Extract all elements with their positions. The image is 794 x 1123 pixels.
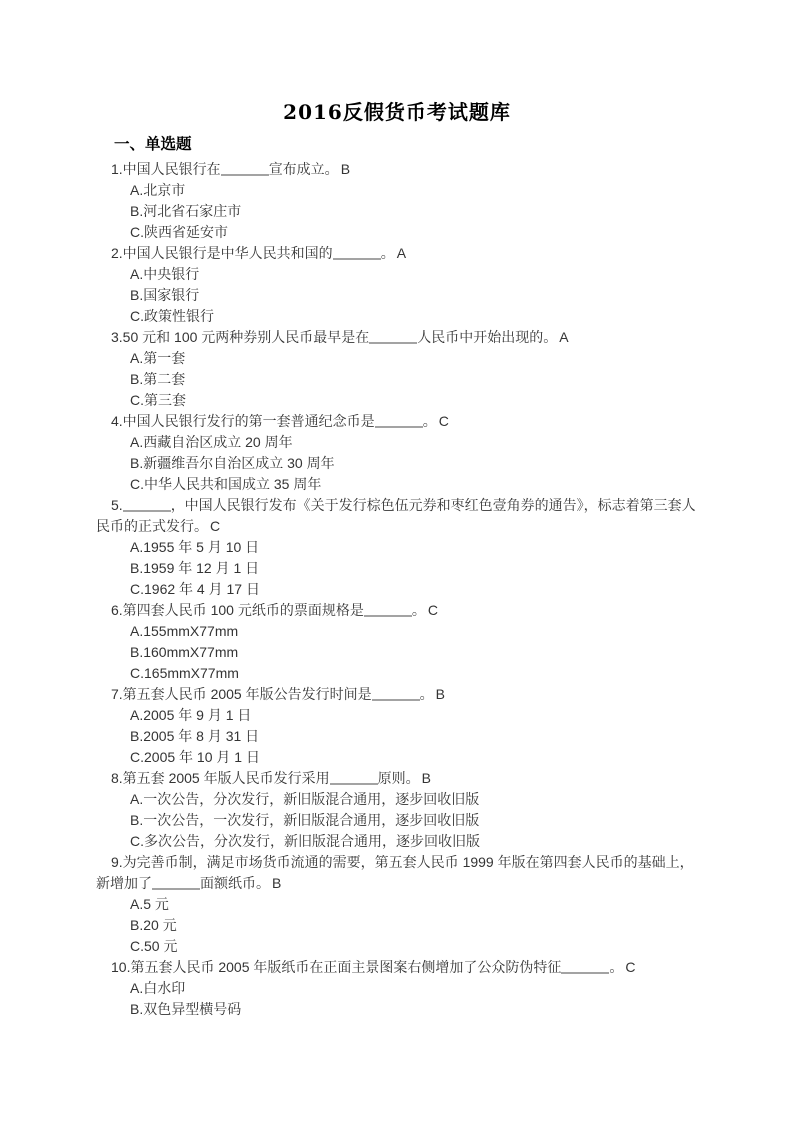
question-text-before-blank: 1.中国人民银行在 — [111, 161, 221, 177]
option-item: B.新疆维吾尔自治区成立 30 周年 — [96, 453, 698, 474]
question: 1.中国人民银行在宣布成立。B A.北京市 B.河北省石家庄市 C.陕西省延安市 — [96, 159, 698, 243]
question-text: 6.第四套人民币 100 元纸币的票面规格是。C — [96, 600, 698, 621]
question: 4.中国人民银行发行的第一套普通纪念币是。C A.西藏自治区成立 20 周年 B… — [96, 411, 698, 495]
question-list: 1.中国人民银行在宣布成立。B A.北京市 B.河北省石家庄市 C.陕西省延安市… — [96, 159, 698, 1020]
blank-underline — [364, 604, 412, 617]
question: 6.第四套人民币 100 元纸币的票面规格是。C A.155mmX77mm B.… — [96, 600, 698, 684]
answer-letter: B — [341, 161, 350, 177]
blank-underline — [221, 163, 269, 176]
question-text-after-blank: 宣布成立。 — [269, 161, 339, 177]
answer-letter: B — [436, 686, 445, 702]
option-item: C.多次公告，分次发行，新旧版混合通用，逐步回收旧版 — [96, 831, 698, 852]
option-item: A.1955 年 5 月 10 日 — [96, 537, 698, 558]
option-item: C.2005 年 10 月 1 日 — [96, 747, 698, 768]
question-text-before-blank: 8.第五套 2005 年版人民币发行采用 — [111, 770, 330, 786]
option-item: C.165mmX77mm — [96, 663, 698, 684]
question-text-before-blank: 6.第四套人民币 100 元纸币的票面规格是 — [111, 602, 364, 618]
question-text: 10.第五套人民币 2005 年版纸币在正面主景图案右侧增加了公众防伪特征。C — [96, 957, 698, 978]
question-text-before-blank: 3.50 元和 100 元两种券别人民币最早是在 — [111, 329, 369, 345]
document-page: 2016反假货币考试题库 一、单选题 1.中国人民银行在宣布成立。B A.北京市… — [0, 0, 794, 1123]
question-text-after-blank: 人民币中开始出现的。 — [417, 329, 557, 345]
option-item: B.第二套 — [96, 369, 698, 390]
question-text-before-blank: 2.中国人民银行是中华人民共和国的 — [111, 245, 333, 261]
question-text: 9.为完善币制，满足市场货币流通的需要，第五套人民币 1999 年版在第四套人民… — [96, 852, 698, 894]
answer-letter: C — [210, 518, 220, 534]
question-text-after-blank: 。 — [412, 602, 426, 618]
question: 9.为完善币制，满足市场货币流通的需要，第五套人民币 1999 年版在第四套人民… — [96, 852, 698, 957]
blank-underline — [561, 961, 609, 974]
answer-letter: A — [397, 245, 406, 261]
option-item: A.一次公告，分次发行，新旧版混合通用，逐步回收旧版 — [96, 789, 698, 810]
question-text-before-blank: 10.第五套人民币 2005 年版纸币在正面主景图案右侧增加了公众防伪特征 — [111, 959, 561, 975]
option-item: C.第三套 — [96, 390, 698, 411]
blank-underline — [333, 247, 381, 260]
option-item: A.中央银行 — [96, 264, 698, 285]
answer-letter: C — [428, 602, 438, 618]
question-text: 5.，中国人民银行发布《关于发行棕色伍元券和枣红色壹角券的通告》，标志着第三套人… — [96, 495, 698, 537]
question-text-before-blank: 4.中国人民银行发行的第一套普通纪念币是 — [111, 413, 375, 429]
question: 3.50 元和 100 元两种券别人民币最早是在人民币中开始出现的。A A.第一… — [96, 327, 698, 411]
section-heading: 一、单选题 — [96, 132, 698, 157]
page-title: 2016反假货币考试题库 — [96, 97, 698, 127]
question: 7.第五套人民币 2005 年版公告发行时间是。B A.2005 年 9 月 1… — [96, 684, 698, 768]
option-item: A.155mmX77mm — [96, 621, 698, 642]
question-text-after-blank: ，中国人民银行发布《关于发行棕色伍元券和枣红色壹角券的通告》，标志着第三套人民币… — [96, 497, 696, 534]
question-text: 2.中国人民银行是中华人民共和国的。A — [96, 243, 698, 264]
option-item: A.5 元 — [96, 894, 698, 915]
question: 5.，中国人民银行发布《关于发行棕色伍元券和枣红色壹角券的通告》，标志着第三套人… — [96, 495, 698, 600]
option-item: B.2005 年 8 月 31 日 — [96, 726, 698, 747]
blank-underline — [372, 688, 420, 701]
question: 10.第五套人民币 2005 年版纸币在正面主景图案右侧增加了公众防伪特征。C … — [96, 957, 698, 1020]
option-item: B.国家银行 — [96, 285, 698, 306]
option-item: C.政策性银行 — [96, 306, 698, 327]
blank-underline — [369, 331, 417, 344]
question-text: 4.中国人民银行发行的第一套普通纪念币是。C — [96, 411, 698, 432]
option-item: B.河北省石家庄市 — [96, 201, 698, 222]
blank-underline — [375, 415, 423, 428]
question-text-after-blank: 。 — [423, 413, 437, 429]
blank-underline — [330, 772, 378, 785]
option-item: A.白水印 — [96, 978, 698, 999]
answer-letter: C — [625, 959, 635, 975]
question-text: 8.第五套 2005 年版人民币发行采用原则。B — [96, 768, 698, 789]
question-text-after-blank: 。 — [609, 959, 623, 975]
option-item: B.160mmX77mm — [96, 642, 698, 663]
answer-letter: B — [422, 770, 431, 786]
blank-underline — [123, 499, 171, 512]
question-text: 3.50 元和 100 元两种券别人民币最早是在人民币中开始出现的。A — [96, 327, 698, 348]
option-item: C.陕西省延安市 — [96, 222, 698, 243]
question-text: 1.中国人民银行在宣布成立。B — [96, 159, 698, 180]
question-text-before-blank: 7.第五套人民币 2005 年版公告发行时间是 — [111, 686, 372, 702]
option-item: A.北京市 — [96, 180, 698, 201]
question-text-after-blank: 。 — [420, 686, 434, 702]
question-text-after-blank: 。 — [381, 245, 395, 261]
option-item: C.50 元 — [96, 936, 698, 957]
question-text-after-blank: 面额纸币。 — [200, 875, 270, 891]
option-item: A.第一套 — [96, 348, 698, 369]
option-item: A.2005 年 9 月 1 日 — [96, 705, 698, 726]
question: 2.中国人民银行是中华人民共和国的。A A.中央银行 B.国家银行 C.政策性银… — [96, 243, 698, 327]
option-item: C.1962 年 4 月 17 日 — [96, 579, 698, 600]
question-text-before-blank: 5. — [111, 497, 123, 513]
answer-letter: C — [439, 413, 449, 429]
option-item: B.一次公告，一次发行，新旧版混合通用，逐步回收旧版 — [96, 810, 698, 831]
question-text-after-blank: 原则。 — [378, 770, 420, 786]
question-text: 7.第五套人民币 2005 年版公告发行时间是。B — [96, 684, 698, 705]
answer-letter: B — [272, 875, 281, 891]
blank-underline — [152, 877, 200, 890]
option-item: B.1959 年 12 月 1 日 — [96, 558, 698, 579]
option-item: B.双色异型横号码 — [96, 999, 698, 1020]
option-item: A.西藏自治区成立 20 周年 — [96, 432, 698, 453]
question: 8.第五套 2005 年版人民币发行采用原则。B A.一次公告，分次发行，新旧版… — [96, 768, 698, 852]
option-item: B.20 元 — [96, 915, 698, 936]
option-item: C.中华人民共和国成立 35 周年 — [96, 474, 698, 495]
answer-letter: A — [559, 329, 568, 345]
